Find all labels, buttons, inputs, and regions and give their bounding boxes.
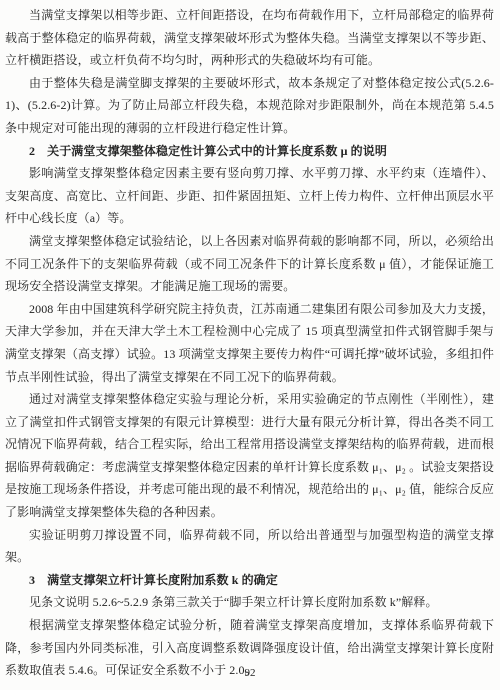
paragraph: 影响满堂支撑架整体稳定因素主要有竖向剪刀撑、水平剪刀撑、水平约束（连墙件）、支架… xyxy=(5,162,494,230)
paragraph: 见条文说明 5.2.6~5.2.9 条第三款关于“脚手架立杆计算长度附加系数 k… xyxy=(5,591,494,614)
paragraph: 2008 年由中国建筑科学研究院主持负责，江苏南通二建集团有限公司参加及大力支援… xyxy=(5,298,494,388)
section-heading: 2关于满堂支撑架整体稳定性计算公式中的计算长度系数 μ 的说明 xyxy=(5,140,494,163)
paragraph: 实验证明剪刀撑设置不同，临界荷载不同，所以给出普通型与加强型构造的满堂支撑架。 xyxy=(5,524,494,569)
paragraph: 由于整体失稳是满堂脚支撑架的主要破坏形式，故本条规定了对整体稳定按公式(5.2.… xyxy=(5,72,494,140)
section-number: 3 xyxy=(29,573,35,587)
paragraph: 当满堂支撑架以相等步距、立杆间距搭设，在均布荷载作用下，立杆局部稳定的临界荷载高… xyxy=(5,4,494,72)
document-page: 当满堂支撑架以相等步距、立杆间距搭设，在均布荷载作用下，立杆局部稳定的临界荷载高… xyxy=(0,0,500,690)
paragraph: 通过对满堂支撑架整体稳定实验与理论分析，采用实验确定的节点刚性（半刚性），建立了… xyxy=(5,388,494,524)
page-number: 92 xyxy=(245,667,256,679)
section-heading: 3满堂支撑架立杆计算长度附加系数 k 的确定 xyxy=(5,569,494,592)
page-footer: 92 xyxy=(0,663,500,681)
document-body: 当满堂支撑架以相等步距、立杆间距搭设，在均布荷载作用下，立杆局部稳定的临界荷载高… xyxy=(5,4,494,682)
section-number: 2 xyxy=(29,144,35,158)
paragraph: 满堂支撑架整体稳定试验结论，以上各因素对临界荷载的影响都不同，所以，必须给出不同… xyxy=(5,230,494,298)
